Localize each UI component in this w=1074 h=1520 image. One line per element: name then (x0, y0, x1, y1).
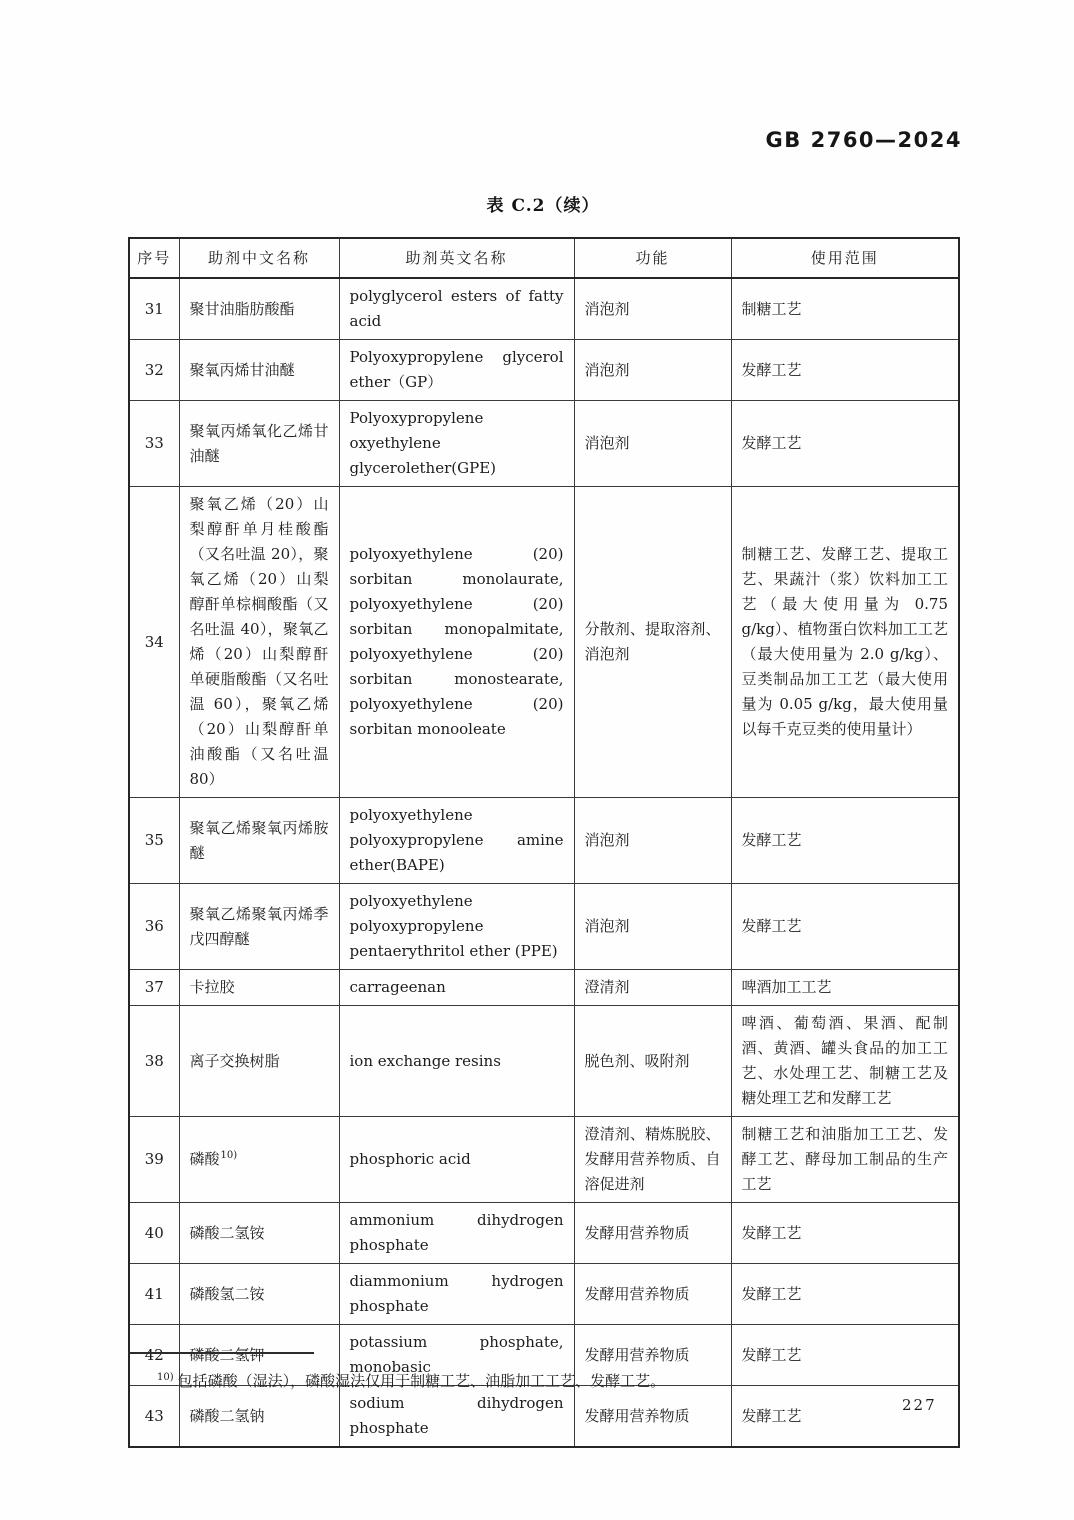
table-title: 表 C.2（续） (128, 191, 958, 216)
cell-no: 36 (129, 884, 179, 970)
cell-function: 消泡剂 (574, 884, 731, 970)
cell-no: 40 (129, 1203, 179, 1264)
cell-scope: 发酵工艺 (731, 1203, 959, 1264)
cell-en-name: polyoxyethylene polyoxypropylene pentaer… (339, 884, 574, 970)
cell-no: 33 (129, 401, 179, 487)
cell-function: 消泡剂 (574, 401, 731, 487)
cell-zh-name: 聚氧乙烯聚氧丙烯胺醚 (179, 798, 339, 884)
table-row: 39磷酸10)phosphoric acid澄清剂、精炼脱胶、发酵用营养物质、自… (129, 1117, 959, 1203)
column-header-en-name: 助剂英文名称 (339, 238, 574, 278)
cell-scope: 发酵工艺 (731, 340, 959, 401)
table-row: 36聚氧乙烯聚氧丙烯季戊四醇醚polyoxyethylene polyoxypr… (129, 884, 959, 970)
table-row: 34聚氧乙烯（20）山梨醇酐单月桂酸酯（又名吐温 20），聚氧乙烯（20）山梨醇… (129, 487, 959, 798)
cell-scope: 制糖工艺 (731, 278, 959, 340)
table-row: 33聚氧丙烯氧化乙烯甘油醚Polyoxypropylene oxyethylen… (129, 401, 959, 487)
cell-en-name: Polyoxypropylene glycerol ether（GP） (339, 340, 574, 401)
column-header-zh-name: 助剂中文名称 (179, 238, 339, 278)
cell-en-name: ammonium dihydrogen phosphate (339, 1203, 574, 1264)
table-row: 40磷酸二氢铵ammonium dihydrogen phosphate发酵用营… (129, 1203, 959, 1264)
cell-en-name: ion exchange resins (339, 1006, 574, 1117)
cell-no: 34 (129, 487, 179, 798)
cell-zh-name: 磷酸二氢铵 (179, 1203, 339, 1264)
page-number: 227 (902, 1396, 937, 1414)
processing-aids-table: 序号 助剂中文名称 助剂英文名称 功能 使用范围 31聚甘油脂肪酸酯polygl… (128, 237, 960, 1448)
cell-scope: 啤酒加工工艺 (731, 970, 959, 1006)
cell-scope: 发酵工艺 (731, 884, 959, 970)
cell-scope: 发酵工艺 (731, 1386, 959, 1448)
cell-function: 脱色剂、吸附剂 (574, 1006, 731, 1117)
standard-code: GB 2760—2024 (766, 128, 962, 152)
cell-function: 发酵用营养物质 (574, 1386, 731, 1448)
cell-en-name: sodium dihydrogen phosphate (339, 1386, 574, 1448)
cell-en-name: polyoxyethylene polyoxypropylene amine e… (339, 798, 574, 884)
cell-zh-name: 聚甘油脂肪酸酯 (179, 278, 339, 340)
cell-scope: 啤酒、葡萄酒、果酒、配制酒、黄酒、罐头食品的加工工艺、水处理工艺、制糖工艺及糖处… (731, 1006, 959, 1117)
column-header-function: 功能 (574, 238, 731, 278)
cell-scope: 发酵工艺 (731, 798, 959, 884)
cell-en-name: polyoxyethylene (20) sorbitan monolaurat… (339, 487, 574, 798)
cell-no: 38 (129, 1006, 179, 1117)
cell-function: 发酵用营养物质 (574, 1203, 731, 1264)
table-row: 43磷酸二氢钠sodium dihydrogen phosphate发酵用营养物… (129, 1386, 959, 1448)
cell-scope: 发酵工艺 (731, 401, 959, 487)
cell-zh-name: 磷酸氢二铵 (179, 1264, 339, 1325)
table-header-row: 序号 助剂中文名称 助剂英文名称 功能 使用范围 (129, 238, 959, 278)
column-header-scope: 使用范围 (731, 238, 959, 278)
cell-function: 消泡剂 (574, 278, 731, 340)
table-row: 31聚甘油脂肪酸酯polyglycerol esters of fatty ac… (129, 278, 959, 340)
footnote-divider (128, 1352, 314, 1354)
cell-zh-name: 聚氧丙烯氧化乙烯甘油醚 (179, 401, 339, 487)
cell-zh-name: 卡拉胶 (179, 970, 339, 1006)
cell-zh-name: 聚氧丙烯甘油醚 (179, 340, 339, 401)
cell-en-name: phosphoric acid (339, 1117, 574, 1203)
table-row: 37卡拉胶carrageenan澄清剂啤酒加工工艺 (129, 970, 959, 1006)
table-row: 41磷酸氢二铵diammonium hydrogen phosphate发酵用营… (129, 1264, 959, 1325)
cell-zh-name: 磷酸10) (179, 1117, 339, 1203)
cell-function: 发酵用营养物质 (574, 1264, 731, 1325)
cell-no: 37 (129, 970, 179, 1006)
cell-no: 41 (129, 1264, 179, 1325)
column-header-no: 序号 (129, 238, 179, 278)
cell-no: 32 (129, 340, 179, 401)
footnote: 10)包括磷酸（湿法），磷酸湿法仅用于制糖工艺、油脂加工工艺、发酵工艺。 (157, 1366, 777, 1393)
cell-no: 39 (129, 1117, 179, 1203)
cell-scope: 发酵工艺 (731, 1264, 959, 1325)
cell-no: 43 (129, 1386, 179, 1448)
cell-en-name: polyglycerol esters of fatty acid (339, 278, 574, 340)
footnote-text: 包括磷酸（湿法），磷酸湿法仅用于制糖工艺、油脂加工工艺、发酵工艺。 (178, 1372, 666, 1390)
cell-zh-name: 聚氧乙烯（20）山梨醇酐单月桂酸酯（又名吐温 20），聚氧乙烯（20）山梨醇酐单… (179, 487, 339, 798)
cell-en-name: Polyoxypropylene oxyethylene glyceroleth… (339, 401, 574, 487)
cell-function: 消泡剂 (574, 798, 731, 884)
cell-scope: 制糖工艺、发酵工艺、提取工艺、果蔬汁（浆）饮料加工工艺（最大使用量为 0.75 … (731, 487, 959, 798)
table-row: 35聚氧乙烯聚氧丙烯胺醚polyoxyethylene polyoxypropy… (129, 798, 959, 884)
cell-function: 澄清剂、精炼脱胶、发酵用营养物质、自溶促进剂 (574, 1117, 731, 1203)
table-row: 38离子交换树脂ion exchange resins脱色剂、吸附剂啤酒、葡萄酒… (129, 1006, 959, 1117)
cell-scope: 制糖工艺和油脂加工工艺、发酵工艺、酵母加工制品的生产工艺 (731, 1117, 959, 1203)
footnote-ref: 10) (221, 1150, 238, 1161)
cell-no: 31 (129, 278, 179, 340)
cell-zh-name: 磷酸二氢钠 (179, 1386, 339, 1448)
cell-function: 分散剂、提取溶剂、消泡剂 (574, 487, 731, 798)
cell-function: 澄清剂 (574, 970, 731, 1006)
table-row: 32聚氧丙烯甘油醚Polyoxypropylene glycerol ether… (129, 340, 959, 401)
cell-en-name: diammonium hydrogen phosphate (339, 1264, 574, 1325)
cell-zh-name: 离子交换树脂 (179, 1006, 339, 1117)
cell-zh-name: 聚氧乙烯聚氧丙烯季戊四醇醚 (179, 884, 339, 970)
table-body: 31聚甘油脂肪酸酯polyglycerol esters of fatty ac… (129, 278, 959, 1447)
cell-no: 35 (129, 798, 179, 884)
footnote-marker: 10) (157, 1372, 174, 1383)
cell-en-name: carrageenan (339, 970, 574, 1006)
cell-function: 消泡剂 (574, 340, 731, 401)
document-page: GB 2760—2024 表 C.2（续） 序号 助剂中文名称 助剂英文名称 功… (0, 0, 1074, 1520)
